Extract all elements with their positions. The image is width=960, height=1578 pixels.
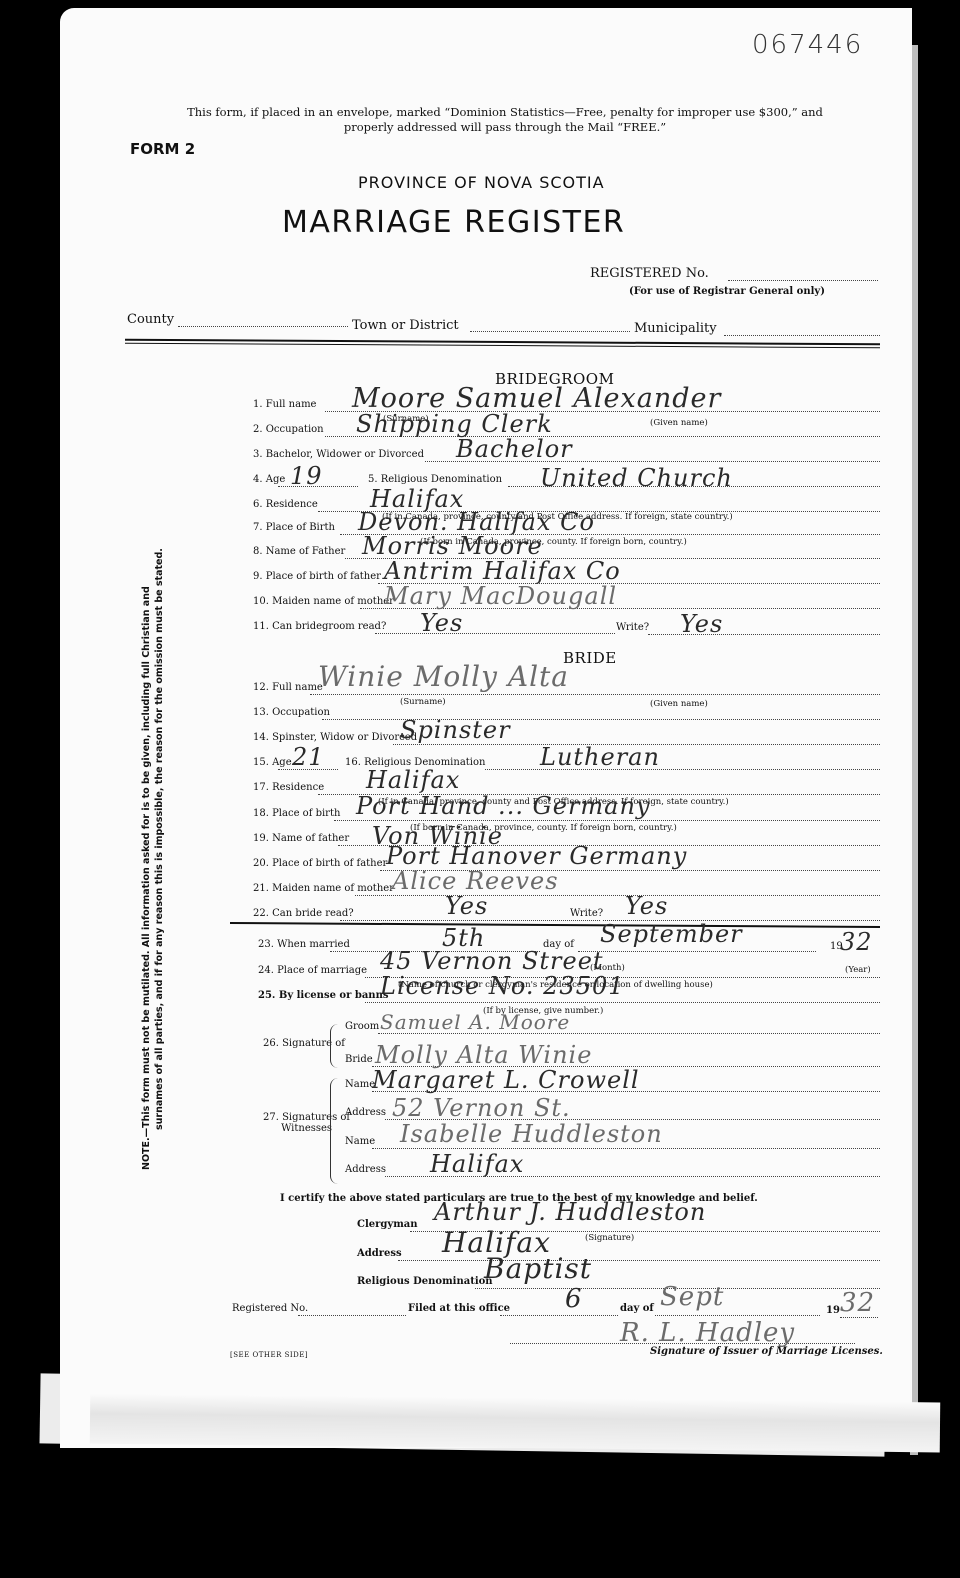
fold-shadow [90,1394,940,1453]
bride-mother-value: Alice Reeves [392,867,559,895]
groom-read-field[interactable] [375,633,615,634]
married-year-value: 32 [840,928,873,956]
bride-birthplace-label: 18. Place of birth [253,808,340,819]
bride-signature-value: Molly Alta Winie [375,1041,592,1069]
municipality-field[interactable] [724,335,880,336]
bride-given-hint: (Given name) [650,699,708,709]
groom-residence-label: 6. Residence [253,499,318,510]
filed-year-prefix: 19 [826,1305,840,1316]
marriage-place-label: 24. Place of marriage [258,965,367,976]
witness2-name-field[interactable] [372,1148,880,1149]
married-month-field[interactable] [578,951,816,952]
bride-age-value: 21 [292,743,325,771]
groom-father-birthplace-label: 9. Place of birth of father [253,571,381,582]
groom-signature-value: Samuel A. Moore [380,1010,570,1034]
groom-birthplace-label: 7. Place of Birth [253,522,335,533]
groom-age-value: 19 [290,462,323,490]
filed-label: Filed at this office [408,1303,510,1314]
registered-no-hint: (For use of Registrar General only) [629,286,825,297]
registered-no-label: REGISTERED No. [590,266,709,281]
groom-full-name-label: 1. Full name [253,399,316,410]
filing-registered-no-label: Registered No. [232,1303,308,1314]
witness1-address-value: 52 Vernon St. [392,1094,571,1122]
bride-write-value: Yes [625,892,668,920]
bride-full-name-label: 12. Full name [253,682,323,693]
bride-mother-label: 21. Maiden name of mother [253,883,394,894]
groom-mother-label: 10. Maiden name of mother [253,596,394,607]
bride-religion-value: Lutheran [540,743,660,771]
groom-given-hint: (Given name) [650,418,708,428]
serial-number: 067446 [752,30,863,60]
bride-heading: BRIDE [563,649,617,667]
filed-month-value: Sept [660,1282,724,1312]
mail-notice-line2: properly addressed will pass through the… [165,120,845,135]
bride-marital-label: 14. Spinster, Widow or Divorced [253,732,417,743]
groom-occupation-value: Shipping Clerk [356,410,553,438]
groom-read-label: 11. Can bridegroom read? [253,621,386,632]
groom-marital-value: Bachelor [456,435,573,463]
side-note-line2: surnames of all parties, and if for any … [153,550,166,1170]
witness2-name-value: Isabelle Huddleston [400,1120,663,1148]
bride-father-label: 19. Name of father [253,833,349,844]
town-label: Town or District [352,318,459,333]
municipality-label: Municipality [634,321,717,336]
clergyman-denomination-value: Baptist [484,1252,592,1285]
groom-religion-value: United Church [540,464,733,492]
see-other-side-note: [SEE OTHER SIDE] [230,1351,308,1359]
groom-age-label: 4. Age [253,474,285,485]
bride-read-label: 22. Can bride read? [253,908,354,919]
filed-month-field[interactable] [655,1315,820,1316]
bride-age-label: 15. Age [253,757,292,768]
filed-year-value: 32 [840,1288,875,1318]
groom-mother-value: Mary MacDougall [384,582,617,610]
witness2-name-label: Name [345,1136,375,1147]
county-field[interactable] [178,326,348,327]
groom-religion-label: 5. Religious Denomination [368,474,502,485]
signature-brace [330,1024,339,1068]
town-field[interactable] [470,331,630,332]
mail-notice: This form, if placed in an envelope, mar… [165,105,845,135]
bride-read-field[interactable] [340,920,600,921]
license-label: 25. By license or banns [258,990,388,1001]
province-heading: PROVINCE OF NOVA SCOTIA [358,173,605,192]
groom-father-value: Morris Moore [362,532,543,560]
groom-marital-label: 3. Bachelor, Widower or Divorced [253,449,424,460]
license-field[interactable] [365,1002,880,1003]
clergyman-denomination-label: Religious Denomination [357,1276,493,1287]
groom-read-value: Yes [420,609,463,637]
bride-full-name-value: Winie Molly Alta [318,660,569,693]
married-year-hint: (Year) [845,965,871,975]
bride-surname-hint: (Surname) [400,697,446,707]
groom-write-label: Write? [616,622,649,633]
bride-full-name-field[interactable] [310,694,880,695]
filed-day-value: 6 [565,1284,583,1314]
groom-signature-label: Groom [345,1021,379,1032]
issuer-signature-value: R. L. Hadley [620,1318,795,1348]
mail-notice-line1: This form, if placed in an envelope, mar… [165,105,845,120]
license-value: License No. 23501 [380,972,625,1000]
side-note: NOTE.—This form must not be mutilated. A… [140,550,166,1170]
witness2-address-value: Halifax [430,1150,524,1178]
bride-mother-field[interactable] [355,895,880,896]
bride-residence-label: 17. Residence [253,782,324,793]
bride-birthplace-value: Port Hand ... Germany [356,792,651,820]
clergyman-signature-hint: (Signature) [585,1233,634,1243]
witness1-name-label: Name [345,1079,375,1090]
form-number: FORM 2 [130,140,195,158]
bride-father-birthplace-value: Port Hanover Germany [386,842,687,870]
clergyman-address-field[interactable] [398,1260,880,1261]
bride-write-label: Write? [570,908,603,919]
filing-registered-no-field[interactable] [298,1315,406,1316]
witnesses-brace [330,1078,339,1184]
witness2-address-label: Address [345,1164,386,1175]
bride-father-birthplace-label: 20. Place of birth of father [253,858,387,869]
county-label: County [127,312,174,327]
clergyman-label: Clergyman [357,1219,418,1230]
filed-day-of-label: day of [620,1303,654,1314]
groom-occupation-label: 2. Occupation [253,424,324,435]
bride-read-value: Yes [445,892,488,920]
issuer-signature-label: Signature of Issuer of Marriage Licenses… [650,1346,883,1357]
bride-signature-label: Bride [345,1054,373,1065]
bride-residence-value: Halifax [366,766,460,794]
clergyman-signature-value: Arthur J. Huddleston [434,1198,706,1226]
bride-birthplace-field[interactable] [334,820,880,821]
married-month-value: September [600,920,743,948]
clergyman-address-label: Address [357,1248,402,1259]
filed-day-field[interactable] [500,1315,618,1316]
groom-father-birthplace-value: Antrim Halifax Co [384,557,621,585]
groom-father-label: 8. Name of Father [253,546,345,557]
page-title: MARRIAGE REGISTER [282,205,625,240]
marriage-place-value: 45 Vernon Street [380,947,604,975]
when-married-label: 23. When married [258,939,350,950]
bride-occupation-label: 13. Occupation [253,707,330,718]
bride-marital-value: Spinster [400,716,511,744]
witness1-address-label: Address [345,1107,386,1118]
witness1-name-value: Margaret L. Crowell [372,1066,640,1094]
groom-write-value: Yes [680,610,723,638]
side-note-line1: NOTE.—This form must not be mutilated. A… [140,550,153,1170]
registered-no-field[interactable] [728,280,878,281]
